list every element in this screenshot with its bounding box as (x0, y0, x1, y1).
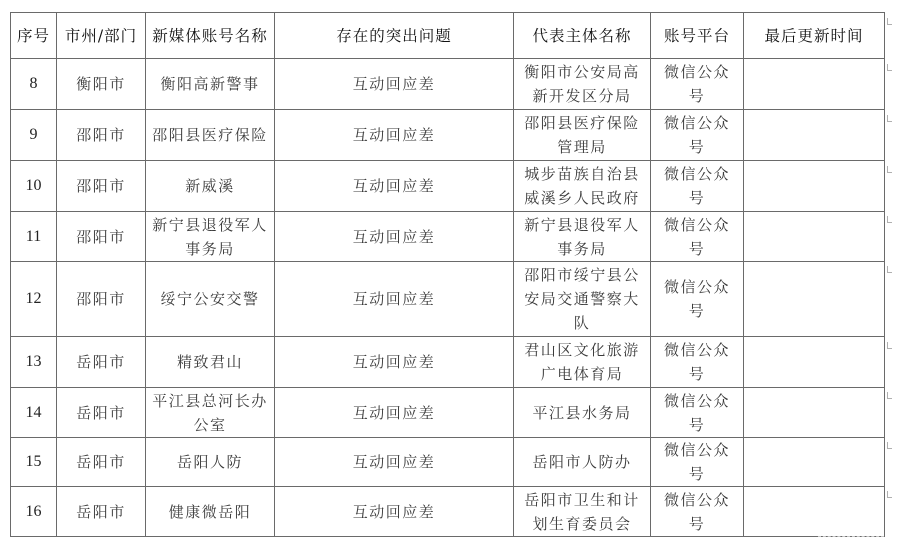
cell-city: 邵阳市 (57, 110, 146, 161)
table-row: 15 岳阳市 岳阳人防 互动回应差 岳阳市人防办 微信公众号 (11, 438, 885, 487)
header-last-updated: 最后更新时间 (744, 13, 885, 59)
media-accounts-table: 序号 市州/部门 新媒体账号名称 存在的突出问题 代表主体名称 账号平台 最后更… (10, 12, 885, 537)
cell-serial-no: 8 (11, 59, 57, 110)
cell-platform: 微信公众号 (651, 212, 744, 262)
paragraph-mark-icon (887, 442, 892, 449)
cell-account-name: 健康微岳阳 (146, 487, 275, 537)
cell-city: 邵阳市 (57, 161, 146, 212)
cell-last-updated (744, 438, 885, 487)
cell-serial-no: 11 (11, 212, 57, 262)
paragraph-mark-icon (887, 491, 892, 498)
cell-issue: 互动回应差 (275, 487, 514, 537)
cell-entity-name: 岳阳市人防办 (514, 438, 651, 487)
cell-account-name: 新威溪 (146, 161, 275, 212)
table-row: 10 邵阳市 新威溪 互动回应差 城步苗族自治县威溪乡人民政府 微信公众号 (11, 161, 885, 212)
cell-last-updated (744, 388, 885, 438)
cell-account-name: 精致君山 (146, 337, 275, 388)
paragraph-mark-icon (887, 216, 892, 223)
cell-city: 岳阳市 (57, 337, 146, 388)
cell-entity-name: 衡阳市公安局高新开发区分局 (514, 59, 651, 110)
cell-entity-name: 君山区文化旅游广电体育局 (514, 337, 651, 388)
cell-last-updated (744, 487, 885, 537)
cell-platform: 微信公众号 (651, 388, 744, 438)
cell-issue: 互动回应差 (275, 388, 514, 438)
header-entity-name: 代表主体名称 (514, 13, 651, 59)
paragraph-mark-icon (887, 392, 892, 399)
table-row: 8 衡阳市 衡阳高新警事 互动回应差 衡阳市公安局高新开发区分局 微信公众号 (11, 59, 885, 110)
paragraph-mark-icon (887, 166, 892, 173)
cell-serial-no: 10 (11, 161, 57, 212)
cell-platform: 微信公众号 (651, 262, 744, 337)
cell-serial-no: 15 (11, 438, 57, 487)
cell-entity-name: 城步苗族自治县威溪乡人民政府 (514, 161, 651, 212)
cell-issue: 互动回应差 (275, 59, 514, 110)
cell-entity-name: 平江县水务局 (514, 388, 651, 438)
cell-platform: 微信公众号 (651, 161, 744, 212)
table-header-row: 序号 市州/部门 新媒体账号名称 存在的突出问题 代表主体名称 账号平台 最后更… (11, 13, 885, 59)
watermark-dash-line (818, 536, 884, 537)
cell-entity-name: 岳阳市卫生和计划生育委员会 (514, 487, 651, 537)
cell-account-name: 新宁县退役军人事务局 (146, 212, 275, 262)
cell-platform: 微信公众号 (651, 438, 744, 487)
cell-serial-no: 14 (11, 388, 57, 438)
cell-serial-no: 16 (11, 487, 57, 537)
cell-platform: 微信公众号 (651, 110, 744, 161)
cell-issue: 互动回应差 (275, 262, 514, 337)
cell-issue: 互动回应差 (275, 161, 514, 212)
cell-account-name: 岳阳人防 (146, 438, 275, 487)
paragraph-mark-icon (887, 64, 892, 71)
cell-last-updated (744, 161, 885, 212)
paragraph-mark-icon (887, 18, 892, 25)
paragraph-mark-icon (887, 115, 892, 122)
table-row: 13 岳阳市 精致君山 互动回应差 君山区文化旅游广电体育局 微信公众号 (11, 337, 885, 388)
cell-city: 邵阳市 (57, 212, 146, 262)
table-row: 9 邵阳市 邵阳县医疗保险 互动回应差 邵阳县医疗保险管理局 微信公众号 (11, 110, 885, 161)
paragraph-mark-icon (887, 342, 892, 349)
header-issue: 存在的突出问题 (275, 13, 514, 59)
cell-city: 邵阳市 (57, 262, 146, 337)
header-platform: 账号平台 (651, 13, 744, 59)
cell-entity-name: 邵阳县医疗保险管理局 (514, 110, 651, 161)
cell-city: 衡阳市 (57, 59, 146, 110)
table-row: 14 岳阳市 平江县总河长办公室 互动回应差 平江县水务局 微信公众号 (11, 388, 885, 438)
paragraph-mark-icon (887, 266, 892, 273)
header-serial-no: 序号 (11, 13, 57, 59)
cell-last-updated (744, 59, 885, 110)
table-row: 12 邵阳市 绥宁公安交警 互动回应差 邵阳市绥宁县公安局交通警察大队 微信公众… (11, 262, 885, 337)
header-account-name: 新媒体账号名称 (146, 13, 275, 59)
cell-account-name: 平江县总河长办公室 (146, 388, 275, 438)
cell-account-name: 衡阳高新警事 (146, 59, 275, 110)
cell-serial-no: 13 (11, 337, 57, 388)
header-city-department: 市州/部门 (57, 13, 146, 59)
cell-issue: 互动回应差 (275, 212, 514, 262)
cell-last-updated (744, 337, 885, 388)
cell-city: 岳阳市 (57, 388, 146, 438)
cell-platform: 微信公众号 (651, 487, 744, 537)
cell-entity-name: 邵阳市绥宁县公安局交通警察大队 (514, 262, 651, 337)
cell-last-updated (744, 110, 885, 161)
table-row: 16 岳阳市 健康微岳阳 互动回应差 岳阳市卫生和计划生育委员会 微信公众号 (11, 487, 885, 537)
cell-account-name: 绥宁公安交警 (146, 262, 275, 337)
table-row: 11 邵阳市 新宁县退役军人事务局 互动回应差 新宁县退役军人事务局 微信公众号 (11, 212, 885, 262)
cell-last-updated (744, 212, 885, 262)
cell-platform: 微信公众号 (651, 59, 744, 110)
cell-serial-no: 12 (11, 262, 57, 337)
cell-issue: 互动回应差 (275, 110, 514, 161)
cell-city: 岳阳市 (57, 438, 146, 487)
cell-entity-name: 新宁县退役军人事务局 (514, 212, 651, 262)
cell-account-name: 邵阳县医疗保险 (146, 110, 275, 161)
cell-last-updated (744, 262, 885, 337)
cell-serial-no: 9 (11, 110, 57, 161)
cell-issue: 互动回应差 (275, 337, 514, 388)
cell-platform: 微信公众号 (651, 337, 744, 388)
cell-city: 岳阳市 (57, 487, 146, 537)
cell-issue: 互动回应差 (275, 438, 514, 487)
